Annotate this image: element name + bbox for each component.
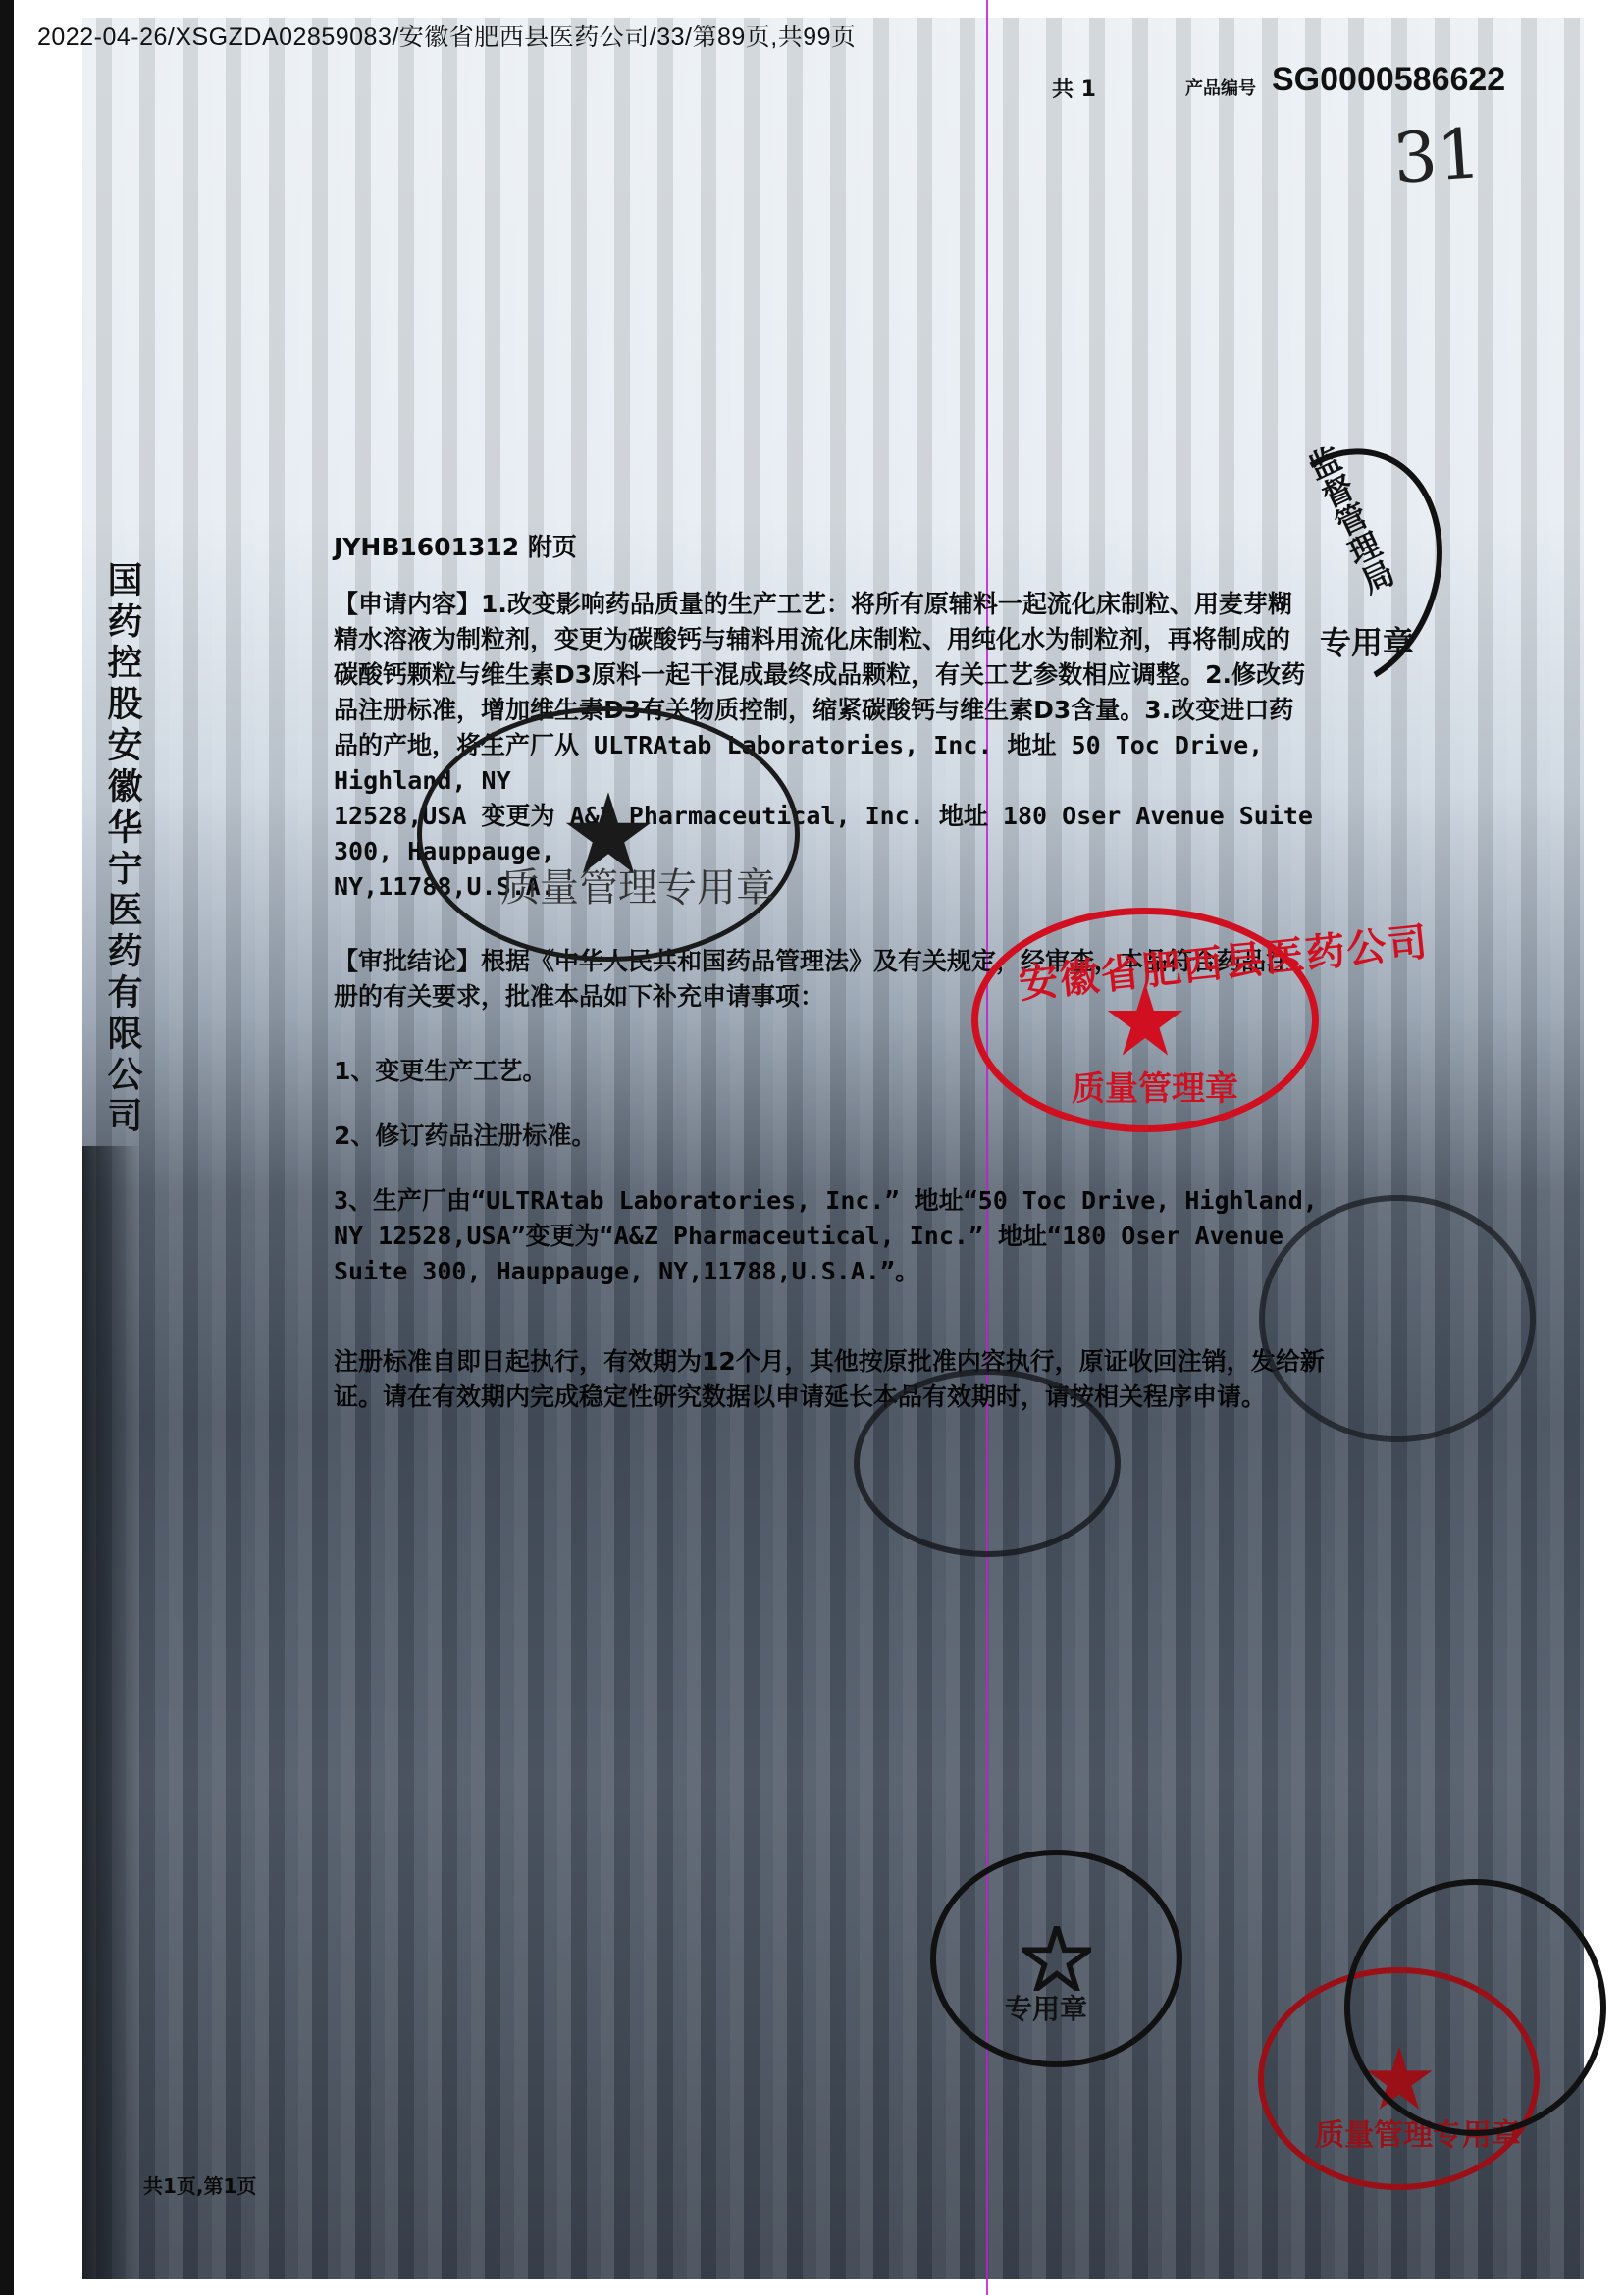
closing-section: 注册标准自即日起执行，有效期为12个月，其他按原批准内容执行，原证收回注销，发给…	[334, 1344, 1335, 1415]
stamp-text: 专用章	[1320, 618, 1414, 663]
scan-edge	[0, 0, 14, 2295]
star-icon	[564, 792, 653, 876]
archive-header: 2022-04-26/XSGZDA02859083/安徽省肥西县医药公司/33/…	[37, 18, 857, 53]
application-line: 【申请内容】1.改变影响药品质量的生产工艺：将所有原辅料一起流化床制粒、用麦芽糊	[334, 587, 1335, 622]
faded-stamp	[854, 1369, 1121, 1557]
count-label: 共 1	[1052, 73, 1096, 103]
stamp-text: 质量管理章	[1072, 1062, 1238, 1110]
handwritten-page-number: 31	[1390, 113, 1484, 199]
closing-line: 注册标准自即日起执行，有效期为12个月，其他按原批准内容执行，原证收回注销，发给…	[334, 1344, 1335, 1380]
application-line: 碳酸钙颗粒与维生素D3原料一起干混成最终成品颗粒，有关工艺参数相应调整。2.修改…	[334, 657, 1335, 693]
application-line: 品注册标准，增加维生素D3有关物质控制，缩紧碳酸钙与维生素D3含量。3.改变进口…	[334, 693, 1335, 728]
closing-line: 证。请在有效期内完成稳定性研究数据以申请延长本品有效期时，请按相关程序申请。	[334, 1380, 1335, 1415]
dark-stamp: 专用章	[930, 1850, 1182, 2067]
approved-item: 3、生产厂由“ULTRAtab Laboratories, Inc.” 地址“5…	[334, 1183, 1335, 1289]
document-id: JYHB1601312 附页	[334, 530, 1335, 565]
faded-stamp	[1259, 1195, 1536, 1442]
company-stamp-red: 安徽省肥西县医药公司 质量管理章	[971, 908, 1319, 1132]
star-icon	[1022, 1926, 1091, 1991]
product-code-label: 产品编号	[1185, 75, 1256, 100]
quality-management-stamp-black: 质量管理专用章	[417, 706, 800, 962]
side-company-label: 国药控股安徽华宁医药有限公司	[98, 561, 143, 1138]
product-code: SG0000586622	[1272, 61, 1505, 99]
stamp-text: 专用章	[1005, 1988, 1087, 2027]
page-indicator: 共1页,第1页	[143, 2170, 256, 2199]
application-line: 精水溶液为制粒剂，变更为碳酸钙与辅料用流化床制粒、用纯化水为制粒剂，再将制成的	[334, 622, 1335, 657]
star-icon	[1106, 983, 1184, 1058]
dark-stamp-overlap	[1344, 1879, 1606, 2136]
